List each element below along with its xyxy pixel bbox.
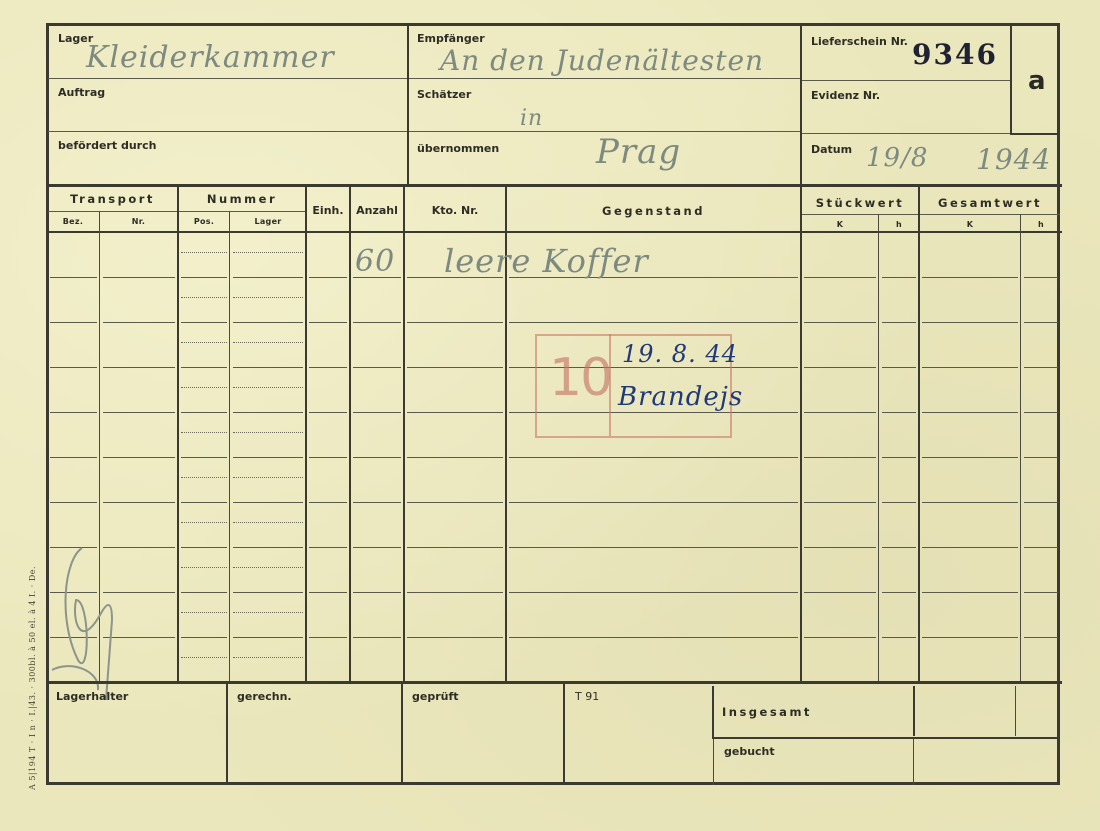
uebernommen-value[interactable]: Prag [596,132,681,172]
row-rule [103,277,175,278]
row-rule [407,322,503,323]
row-rule [181,547,227,548]
row-rule [181,322,227,323]
dotted-rule [181,342,227,343]
row-rule [233,547,303,548]
row-rule [509,457,798,458]
row-rule [882,367,916,368]
form-paper: Lager Auftrag befördert durch Empfänger … [0,0,1100,831]
row-rule [50,322,97,323]
label-gebucht: gebucht [724,745,775,758]
row-rule [804,277,876,278]
row-rule [922,322,1018,323]
printer-imprint: A 5|194 T · I n · I.|43. · 300bl. à 50 e… [28,566,37,790]
stamp-date: 19. 8. 44 [622,340,738,368]
vline-einh [305,186,307,681]
row-rule [804,367,876,368]
col-einh: Einh. [307,204,349,217]
row-rule [353,412,401,413]
label-auftrag: Auftrag [58,86,105,99]
row-rule [804,322,876,323]
row-rule [509,547,798,548]
row-rule [353,547,401,548]
footer-divider-total-k [913,686,915,736]
row-rule [922,457,1018,458]
row-rule [233,457,303,458]
rule-lager [48,78,407,79]
label-evidenz-nr: Evidenz Nr. [811,89,880,102]
copy-letter: a [1028,66,1046,96]
empfaenger-value[interactable]: An den Judenältesten [440,44,764,77]
row-rule [233,412,303,413]
row-rule [804,457,876,458]
vline-anzahl [349,186,351,681]
row-rule [50,457,97,458]
lieferschein-number: 9346 [912,38,998,71]
col-transport-nr: Nr. [100,217,177,226]
col-nummer-pos: Pos. [179,217,229,226]
row-rule [103,412,175,413]
label-lagerhalter: Lagerhalter [56,690,128,703]
col-gegenstand: Gegenstand [507,204,800,218]
row-rule [103,457,175,458]
row-rule [804,592,876,593]
row-rule [882,412,916,413]
dotted-rule [181,657,227,658]
label-gerechn: gerechn. [237,690,292,703]
dotted-rule [181,297,227,298]
row-rule [181,367,227,368]
row-rule [407,412,503,413]
row-rule [407,592,503,593]
stamp-number: 10 [549,348,611,408]
row-rule [1024,412,1058,413]
footer-divider-total-h [1015,686,1016,736]
row-rule [309,412,347,413]
row-rule [922,277,1018,278]
row-rule [353,637,401,638]
row-rule [922,592,1018,593]
row-rule [309,592,347,593]
dotted-rule [233,567,303,568]
column-header-bottom-rule [46,231,1062,233]
dotted-rule [233,657,303,658]
footer-divider-1 [226,683,228,785]
label-befoerdert-durch: befördert durch [58,139,156,152]
row-rule [509,637,798,638]
vline-nummer-lager [229,211,230,681]
row-rule [1024,322,1058,323]
label-datum: Datum [811,143,852,156]
dotted-rule [181,477,227,478]
row-rule [233,322,303,323]
dotted-rule [181,522,227,523]
dotted-rule [233,522,303,523]
vline-kto [403,186,405,681]
dotted-rule [233,477,303,478]
footer-divider-gebucht-value [913,738,914,785]
rule-lieferschein [802,80,1010,81]
in-word: in [520,106,543,131]
form-code: T 91 [575,690,599,703]
row-rule [922,367,1018,368]
row-rule [804,637,876,638]
row-rule [804,412,876,413]
row-rule [407,457,503,458]
datum-year[interactable]: 1944 [976,143,1051,176]
vline-gesamtwert [918,186,920,681]
row-rule [181,592,227,593]
header-divider-2 [800,25,802,186]
row-rule [233,367,303,368]
header-bottom-rule [46,184,1062,187]
row-rule [181,637,227,638]
footer-divider-gebucht [713,738,714,785]
label-uebernommen: übernommen [417,142,499,155]
row-rule [882,457,916,458]
row-rule [1024,277,1058,278]
dotted-rule [181,612,227,613]
lager-value[interactable]: Kleiderkammer [86,40,335,75]
row-rule [1024,637,1058,638]
row-rule [1024,502,1058,503]
row-rule [309,547,347,548]
row-rule [353,457,401,458]
transport-subrule [48,211,177,212]
row-rule [233,277,303,278]
row-rule [103,367,175,368]
row-rule [103,502,175,503]
row-rule [1024,547,1058,548]
col-transport-bez: Bez. [48,217,98,226]
row-rule [181,412,227,413]
row-rule [407,502,503,503]
row-rule [882,277,916,278]
row-rule [882,547,916,548]
row-rule [309,502,347,503]
row-rule [407,637,503,638]
gesamtwert-subrule [920,214,1060,215]
datum-day-month[interactable]: 19/8 [866,143,928,173]
margin-signature-icon [50,540,130,700]
row-rule [233,637,303,638]
col-transport: Transport [48,192,177,206]
dotted-rule [233,612,303,613]
col-stueckwert-k: K [802,220,878,229]
row-rule [1024,367,1058,368]
label-lieferschein-nr: Lieferschein Nr. [811,35,908,48]
dotted-rule [181,432,227,433]
vline-stueckwert [800,186,802,681]
vline-gesamtwert-h [1020,214,1021,681]
row-rule [922,547,1018,548]
rule-auftrag [48,131,407,132]
row-rule [882,637,916,638]
row-rule [353,367,401,368]
dotted-rule [233,252,303,253]
row-rule [309,457,347,458]
footer-top-rule [46,681,1062,684]
row-rule [103,322,175,323]
col-gesamtwert: Gesamtwert [920,196,1060,210]
dotted-rule [181,387,227,388]
row-rule [353,592,401,593]
row-1-gegenstand[interactable]: leere Koffer [444,242,649,280]
row-rule [509,322,798,323]
label-geprueft: geprüft [412,690,459,703]
col-nummer-lager: Lager [231,217,305,226]
row-rule [233,502,303,503]
footer-divider-2 [401,683,403,785]
row-rule [509,502,798,503]
row-rule [922,412,1018,413]
header-divider-1 [407,25,409,186]
col-anzahl: Anzahl [351,204,403,217]
dotted-rule [233,297,303,298]
row-rule [181,502,227,503]
rule-evidenz [802,133,1010,134]
row-rule [882,502,916,503]
row-rule [233,592,303,593]
col-gesamtwert-k: K [920,220,1020,229]
row-rule [50,412,97,413]
row-rule [407,367,503,368]
copy-box-bottom [1010,133,1060,135]
footer-insgesamt-rule [712,737,1060,739]
row-1-anzahl[interactable]: 60 [355,244,395,279]
row-rule [181,277,227,278]
row-rule [1024,592,1058,593]
vline-stueckwert-h [878,214,879,681]
nummer-subrule [179,211,305,212]
stueckwert-subrule [802,214,918,215]
dotted-rule [233,432,303,433]
footer-divider-insgesamt [712,686,714,738]
dotted-rule [181,567,227,568]
col-gesamtwert-h: h [1022,220,1060,229]
row-rule [407,547,503,548]
col-kto-nr: Kto. Nr. [405,204,505,217]
copy-box-divider [1010,25,1012,135]
row-rule [309,277,347,278]
dotted-rule [181,252,227,253]
footer-divider-3 [563,683,565,785]
row-rule [922,502,1018,503]
row-rule [882,592,916,593]
dotted-rule [233,387,303,388]
row-rule [309,367,347,368]
vline-nummer [177,186,179,681]
row-rule [50,502,97,503]
row-rule [353,322,401,323]
row-rule [181,457,227,458]
label-schaetzer: Schätzer [417,88,471,101]
row-rule [50,367,97,368]
row-rule [804,502,876,503]
stamp-signature: Brandejs [618,382,743,412]
row-rule [509,592,798,593]
row-rule [309,637,347,638]
rule-empfaenger [409,78,800,79]
row-rule [353,502,401,503]
row-rule [922,637,1018,638]
row-rule [804,547,876,548]
col-stueckwert-h: h [880,220,918,229]
row-rule [50,277,97,278]
dotted-rule [233,342,303,343]
label-insgesamt: Insgesamt [722,705,812,719]
row-rule [309,322,347,323]
col-stueckwert: Stückwert [802,196,918,210]
col-nummer: Nummer [179,192,305,206]
row-rule [1024,457,1058,458]
row-rule [882,322,916,323]
